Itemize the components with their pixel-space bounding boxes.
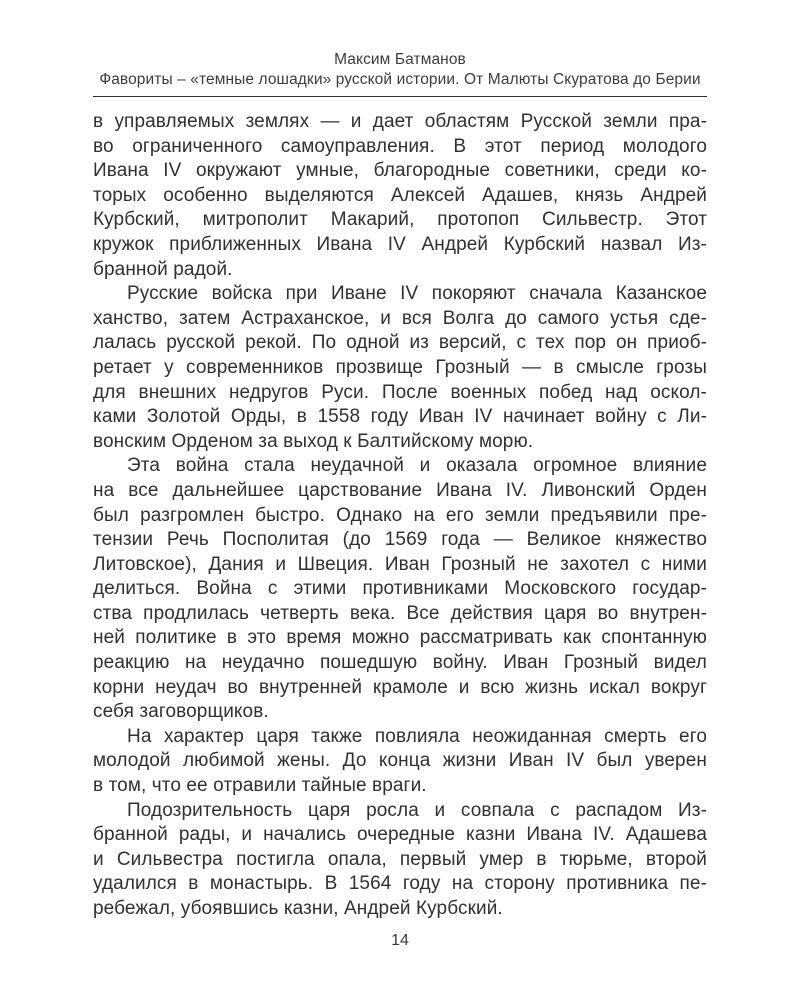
text-line: бранной рады, и начались очередные казни… xyxy=(93,823,707,848)
text-line: вонским Орденом за выход к Балтийскому м… xyxy=(93,430,707,455)
text-line: удалился в монастырь. В 1564 году на сто… xyxy=(93,872,707,897)
text-line: Курбский, митрополит Макарий, протопоп С… xyxy=(93,208,707,233)
text-line: реакцию на неудачно пошедшую войну. Иван… xyxy=(93,651,707,676)
text-line: ства продлилась четверть века. Все дейст… xyxy=(93,602,707,627)
text-line: делиться. Война с этими противниками Мос… xyxy=(93,577,707,602)
book-header: Максим Батманов Фавориты – «темные лошад… xyxy=(93,50,707,97)
paragraph: в управляемых землях — и дает областям Р… xyxy=(93,110,707,282)
paragraph: На характер царя также повлияла неожидан… xyxy=(93,725,707,799)
page-content: Максим Батманов Фавориты – «темные лошад… xyxy=(93,0,707,950)
text-line: Подозрительность царя росла и совпала с … xyxy=(93,799,707,824)
text-line: ками Золотой Орды, в 1558 году Иван IV н… xyxy=(93,405,707,430)
text-line: ребежал, убоявшись казни, Андрей Курбски… xyxy=(93,897,707,922)
text-line: молодой любимой жены. До конца жизни Ива… xyxy=(93,749,707,774)
paragraph: Эта война стала неудачной и оказала огро… xyxy=(93,454,707,725)
text-line: тензии Речь Посполитая (до 1569 года — В… xyxy=(93,528,707,553)
text-line: был разгромлен быстро. Однако на его зем… xyxy=(93,504,707,529)
text-line: Эта война стала неудачной и оказала огро… xyxy=(93,454,707,479)
text-line: лалась русской рекой. По одной из версий… xyxy=(93,331,707,356)
text-line: кружок приближенных Ивана IV Андрей Курб… xyxy=(93,233,707,258)
text-line: во ограниченного самоуправления. В этот … xyxy=(93,135,707,160)
paragraph: Русские войска при Иване IV покоряют сна… xyxy=(93,282,707,454)
text-line: На характер царя также повлияла неожидан… xyxy=(93,725,707,750)
text-line: Литовское), Дания и Швеция. Иван Грозный… xyxy=(93,553,707,578)
text-line: ней политике в это время можно рассматри… xyxy=(93,626,707,651)
text-line: торых особенно выделяются Алексей Адашев… xyxy=(93,184,707,209)
text-line: и Сильвестра постигла опала, первый умер… xyxy=(93,848,707,873)
text-line: бранной радой. xyxy=(93,258,707,283)
text-line: Ивана IV окружают умные, благородные сов… xyxy=(93,159,707,184)
text-line: для внешних недругов Руси. После военных… xyxy=(93,381,707,406)
text-line: Русские войска при Иване IV покоряют сна… xyxy=(93,282,707,307)
text-line: в управляемых землях — и дает областям Р… xyxy=(93,110,707,135)
header-divider xyxy=(93,96,707,97)
book-title: Фавориты – «темные лошадки» русской исто… xyxy=(93,70,707,90)
text-line: корни неудач во внутренней крамоле и всю… xyxy=(93,676,707,701)
text-line: на все дальнейшее царствование Ивана IV.… xyxy=(93,479,707,504)
text-line: ретает у современников прозвище Грозный … xyxy=(93,356,707,381)
paragraph: Подозрительность царя росла и совпала с … xyxy=(93,799,707,922)
text-line: ханство, затем Астраханское, и вся Волга… xyxy=(93,307,707,332)
author-name: Максим Батманов xyxy=(93,50,707,70)
text-line: себя заговорщиков. xyxy=(93,700,707,725)
page-number: 14 xyxy=(93,932,707,950)
body-text: в управляемых землях — и дает областям Р… xyxy=(93,110,707,922)
text-line: в том, что ее отравили тайные враги. xyxy=(93,774,707,799)
book-page: Максим Батманов Фавориты – «темные лошад… xyxy=(0,0,800,1000)
